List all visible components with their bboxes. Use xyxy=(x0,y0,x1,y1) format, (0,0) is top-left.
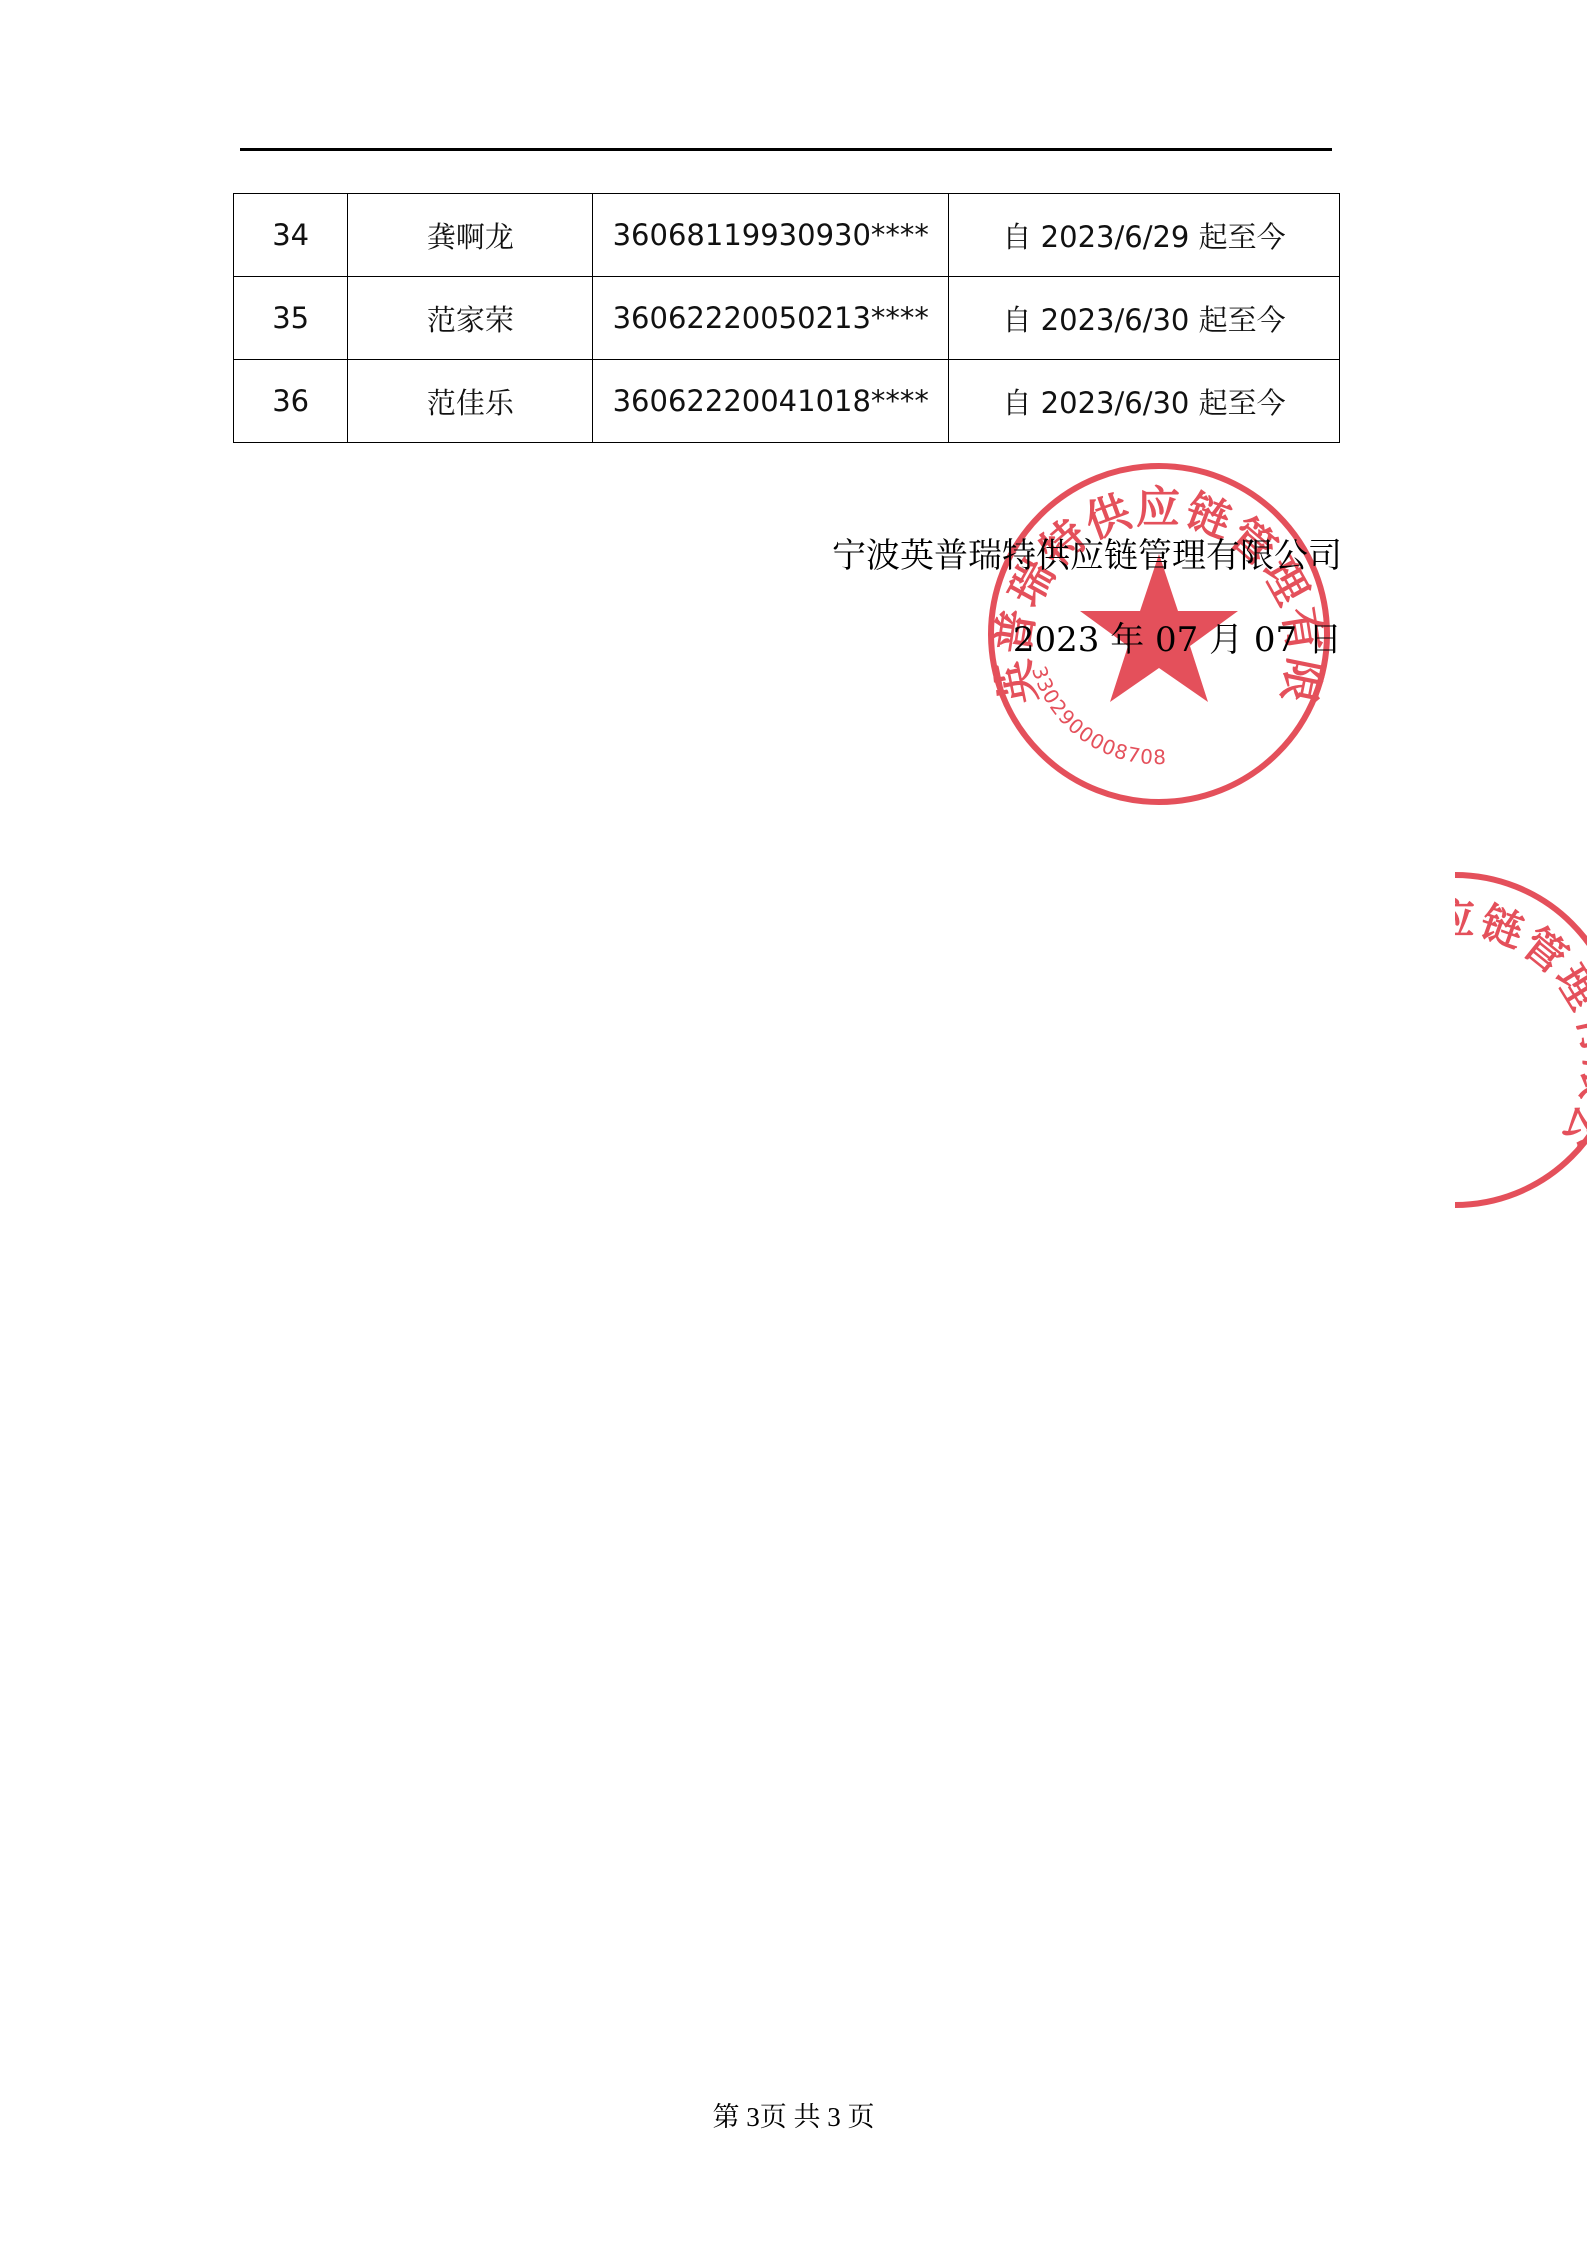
row-name: 范家荣 xyxy=(348,277,593,360)
signature-date: 2023 年 07 月 07 日 xyxy=(1013,612,1342,661)
table-row: 36 范佳乐 36062220041018**** 自 2023/6/30 起至… xyxy=(234,360,1340,443)
employee-table: 34 龚啊龙 36068119930930**** 自 2023/6/29 起至… xyxy=(233,193,1340,443)
page-number: 第 3页 共 3 页 xyxy=(0,2095,1587,2134)
svg-text:宁波英普瑞特供应链管理有限公司: 宁波英普瑞特供应链管理有限公司 xyxy=(984,459,1331,709)
page-mask xyxy=(0,860,1455,1220)
table-row: 34 龚啊龙 36068119930930**** 自 2023/6/29 起至… xyxy=(234,194,1340,277)
row-id-number: 36068119930930**** xyxy=(593,194,949,277)
row-period: 自 2023/6/30 起至今 xyxy=(949,360,1340,443)
table-row: 35 范家荣 36062220050213**** 自 2023/6/30 起至… xyxy=(234,277,1340,360)
row-index: 36 xyxy=(234,360,348,443)
row-name: 龚啊龙 xyxy=(348,194,593,277)
row-name: 范佳乐 xyxy=(348,360,593,443)
row-id-number: 36062220050213**** xyxy=(593,277,949,360)
row-index: 35 xyxy=(234,277,348,360)
svg-text:3302900008708: 3302900008708 xyxy=(1027,663,1167,769)
signature-company: 宁波英普瑞特供应链管理有限公司 xyxy=(832,528,1342,577)
row-index: 34 xyxy=(234,194,348,277)
header-rule xyxy=(240,148,1332,151)
row-period: 自 2023/6/30 起至今 xyxy=(949,277,1340,360)
row-period: 自 2023/6/29 起至今 xyxy=(949,194,1340,277)
row-id-number: 36062220041018**** xyxy=(593,360,949,443)
